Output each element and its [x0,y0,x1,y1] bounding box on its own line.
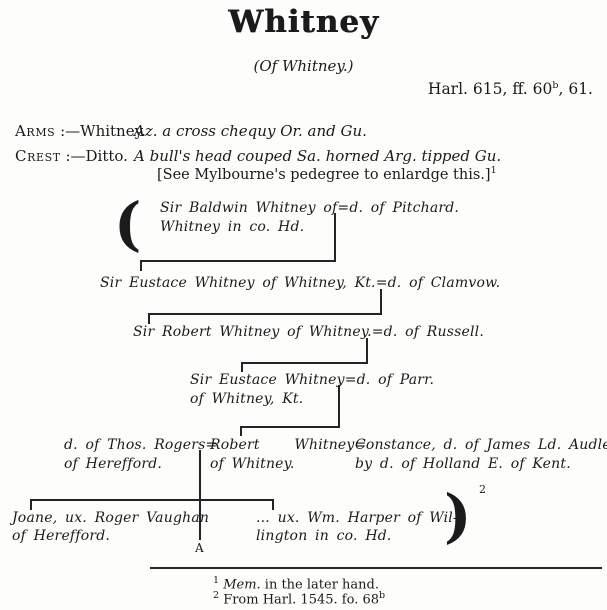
footnote-2-marker: 2 [213,590,219,601]
pedigree-entry-eustace2-line1: Sir Eustace Whitney=d. of Parr. [190,372,434,388]
editor-note-superscript: 1 [491,165,497,176]
crest-label-smallcaps: Crest [15,147,61,165]
footnote-2: 2 From Harl. 1545. fo. 68b [213,590,385,607]
children-bar-horizontal [30,499,274,501]
pedigree-entry-rogers-wife-line2: of Herefford. [64,456,162,472]
manuscript-reference-text: Harl. 615, ff. 60 [428,80,552,98]
closing-bracket: ) [444,486,471,546]
children-bar-right-tick [272,499,274,510]
editor-note: [See Mylbourne's pedegree to enlardge th… [157,165,497,183]
footnote-2-superscript: b [379,590,385,601]
pedigree-entry-constance-line2: by d. of Holland E. of Kent. [355,456,571,472]
descent-line-gen1-vertical [334,213,336,262]
pedigree-entry-harper-wife-line2: lington in co. Hd. [256,528,392,544]
arms-name: :—Whitney. [55,122,146,140]
descent-line-gen3-horizontal [241,362,368,364]
page-subtitle: (Of Whitney.) [0,57,607,75]
pedigree-entry-robert1: Sir Robert Whitney of Whitney.=d. of Rus… [133,324,484,340]
editor-note-text: [See Mylbourne's pedegree to enlardge th… [157,167,491,183]
descent-line-gen4-horizontal [240,426,340,428]
pedigree-entry-constance-line1: Constance, d. of James Ld. Audley [355,437,607,453]
pedigree-entry-baldwin-line2: Whitney in co. Hd. [160,219,304,235]
descent-line-gen5-vertical [199,450,201,540]
scanned-page: Whitney (Of Whitney.) Harl. 615, ff. 60b… [0,0,607,610]
continuation-marker: A [195,541,204,555]
page-title: Whitney [0,4,607,40]
descent-line-gen1-tick [140,260,142,271]
descent-line-gen2-vertical [380,289,382,315]
manuscript-reference: Harl. 615, ff. 60b, 61. [428,80,593,98]
pedigree-entry-eustace1: Sir Eustace Whitney of Whitney, Kt.=d. o… [100,275,500,291]
opening-bracket: ( [114,194,141,254]
pedigree-entry-robert2: Robert Whitney= [210,437,366,453]
crest-blazon: A bull's head couped Sa. horned Arg. tip… [134,147,501,165]
pedigree-entry-robert2-line2: of Whitney. [210,456,295,472]
pedigree-entry-joane-line2: of Herefford. [12,528,110,544]
children-bar-left-tick [30,499,32,510]
manuscript-reference-tail: , 61. [558,80,593,98]
descent-line-gen3-vertical [366,338,368,364]
descent-line-gen4-tick [240,426,242,436]
pedigree-entry-rogers-wife: d. of Thos. Rogers= [64,437,217,453]
crest-name: :—Ditto. [61,147,128,165]
pedigree-entry-harper-wife-line1: ... ux. Wm. Harper of Wil- [256,510,458,526]
descent-line-gen4-vertical [338,385,340,428]
pedigree-entry-eustace2-line2: of Whitney, Kt. [190,391,303,407]
closing-bracket-superscript: 2 [479,483,486,496]
footnote-1-marker: 1 [213,575,219,586]
crest-label: Crest :—Ditto. [15,147,128,165]
descent-line-gen1-horizontal [140,260,336,262]
descent-line-gen2-tick [148,313,150,324]
descent-line-gen2-horizontal [148,313,382,315]
pedigree-entry-joane-line1: Joane, ux. Roger Vaughan [12,510,209,526]
arms-blazon: Az. a cross chequy Or. and Gu. [134,122,367,140]
arms-label-smallcaps: Arms [15,122,55,140]
descent-line-gen3-tick [241,362,243,372]
footnote-rule [150,567,602,569]
footnote-2-text: From Harl. 1545. fo. 68 [223,592,379,607]
arms-label: Arms :—Whitney. [15,122,146,140]
pedigree-entry-baldwin-line1: Sir Baldwin Whitney of=d. of Pitchard. [160,200,459,216]
